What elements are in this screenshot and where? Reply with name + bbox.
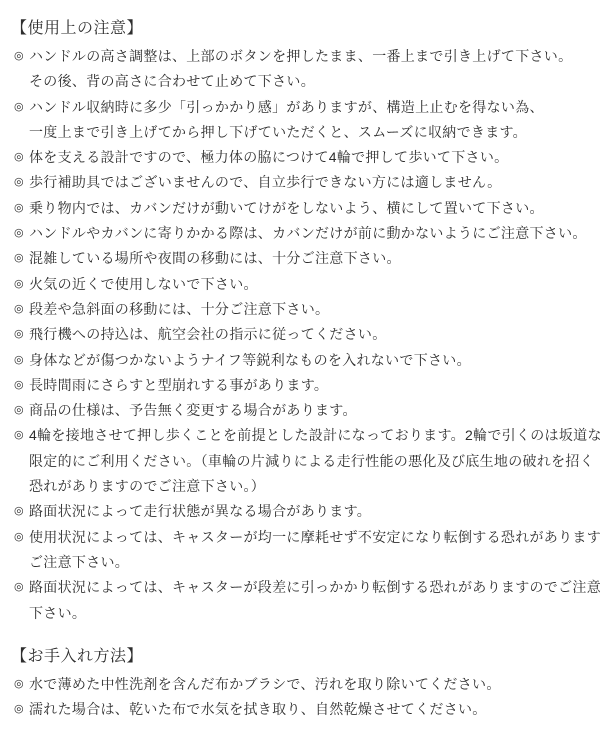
notice-item-line: ◎商品の仕様は、予告無く変更する場合があります。 bbox=[11, 398, 594, 423]
bullet-icon: ◎ bbox=[14, 246, 24, 271]
bullet-icon: ◎ bbox=[14, 423, 24, 448]
bullet-icon: ◎ bbox=[14, 196, 24, 221]
notice-text: 一度上まで引き上げてから押し下げていただくと、スムーズに収納できます。 bbox=[29, 124, 527, 140]
notice-continuation-line: 一度上まで引き上げてから押し下げていただくと、スムーズに収納できます。 bbox=[11, 120, 594, 145]
notice-text: 身体などが傷つかないようナイフ等鋭利なものを入れないで下さい。 bbox=[29, 352, 471, 368]
notice-item-line: ◎乗り物内では、カバンだけが動いてけがをしないよう、横にして置いて下さい。 bbox=[11, 196, 594, 221]
notice-continuation-line: ご注意下さい。 bbox=[11, 550, 594, 575]
notice-item-line: ◎火気の近くで使用しないで下さい。 bbox=[11, 272, 594, 297]
notice-item-line: ◎身体などが傷つかないようナイフ等鋭利なものを入れないで下さい。 bbox=[11, 348, 594, 373]
section: 【使用上の注意】◎ハンドルの高さ調整は、上部のボタンを押したまま、一番上まで引き… bbox=[11, 14, 594, 626]
notice-continuation-line: その後、背の高さに合わせて止めて下さい。 bbox=[11, 69, 594, 94]
bullet-icon: ◎ bbox=[14, 697, 24, 722]
bullet-icon: ◎ bbox=[14, 373, 24, 398]
bullet-icon: ◎ bbox=[14, 499, 24, 524]
notice-text: ハンドルの高さ調整は、上部のボタンを押したまま、一番上まで引き上げて下さい。 bbox=[29, 48, 572, 64]
notice-text: 濡れた場合は、乾いた布で水気を拭き取り、自然乾燥させてください。 bbox=[29, 701, 487, 717]
bullet-icon: ◎ bbox=[14, 44, 24, 69]
notice-text: 体を支える設計ですので、極力体の脇につけて4輪で押して歩いて下さい。 bbox=[29, 149, 508, 165]
document: 【使用上の注意】◎ハンドルの高さ調整は、上部のボタンを押したまま、一番上まで引き… bbox=[0, 0, 600, 722]
bullet-icon: ◎ bbox=[14, 525, 24, 550]
notice-text: 商品の仕様は、予告無く変更する場合があります。 bbox=[29, 402, 357, 418]
section-title: 【使用上の注意】 bbox=[11, 14, 594, 44]
notice-item-line: ◎混雑している場所や夜間の移動には、十分ご注意下さい。 bbox=[11, 246, 594, 271]
notice-text: 路面状況によっては、キャスターが段差に引っかかり転倒する恐れがありますのでご注意 bbox=[29, 579, 600, 595]
notice-text: 水で薄めた中性洗剤を含んだ布かブラシで、汚れを取り除いてください。 bbox=[29, 676, 501, 692]
notice-item-line: ◎長時間雨にさらすと型崩れする事があります。 bbox=[11, 373, 594, 398]
notice-item-line: ◎ハンドル収納時に多少「引っかかり感」がありますが、構造上止むを得ない為、 bbox=[11, 95, 594, 120]
notice-continuation-line: 下さい。 bbox=[11, 601, 594, 626]
bullet-icon: ◎ bbox=[14, 145, 24, 170]
bullet-icon: ◎ bbox=[14, 297, 24, 322]
bullet-icon: ◎ bbox=[14, 575, 24, 600]
notice-item-line: ◎体を支える設計ですので、極力体の脇につけて4輪で押して歩いて下さい。 bbox=[11, 145, 594, 170]
notice-text: ハンドルやカバンに寄りかかる際は、カバンだけが前に動かないようにご注意下さい。 bbox=[29, 225, 587, 241]
notice-item-line: ◎使用状況によっては、キャスターが均一に摩耗せず不安定になり転倒する恐れがありま… bbox=[11, 525, 594, 550]
notice-item-line: ◎歩行補助具ではございませんので、自立歩行できない方には適しません。 bbox=[11, 170, 594, 195]
notice-text: 限定的にご利用ください。（車輪の片減りによる走行性能の悪化及び底生地の破れを招く bbox=[29, 453, 594, 469]
bullet-icon: ◎ bbox=[14, 348, 24, 373]
bullet-icon: ◎ bbox=[14, 322, 24, 347]
bullet-icon: ◎ bbox=[14, 170, 24, 195]
notice-text: 下さい。 bbox=[29, 605, 86, 621]
section-title: 【お手入れ方法】 bbox=[11, 642, 594, 672]
notice-item-line: ◎段差や急斜面の移動には、十分ご注意下さい。 bbox=[11, 297, 594, 322]
notice-item-line: ◎水で薄めた中性洗剤を含んだ布かブラシで、汚れを取り除いてください。 bbox=[11, 672, 594, 697]
notice-item-line: ◎路面状況によって走行状態が異なる場合があります。 bbox=[11, 499, 594, 524]
notice-text: 路面状況によって走行状態が異なる場合があります。 bbox=[29, 503, 371, 519]
bullet-icon: ◎ bbox=[14, 221, 24, 246]
notice-item-line: ◎ハンドルやカバンに寄りかかる際は、カバンだけが前に動かないようにご注意下さい。 bbox=[11, 221, 594, 246]
notice-item-line: ◎濡れた場合は、乾いた布で水気を拭き取り、自然乾燥させてください。 bbox=[11, 697, 594, 722]
notice-text: 混雑している場所や夜間の移動には、十分ご注意下さい。 bbox=[29, 250, 401, 266]
bullet-icon: ◎ bbox=[14, 398, 24, 423]
notice-text: ハンドル収納時に多少「引っかかり感」がありますが、構造上止むを得ない為、 bbox=[29, 99, 544, 115]
bullet-icon: ◎ bbox=[14, 672, 24, 697]
notice-continuation-line: 恐れがありますのでご注意下さい。） bbox=[11, 474, 594, 499]
notice-text: 飛行機への持込は、航空会社の指示に従ってください。 bbox=[29, 326, 387, 342]
bullet-icon: ◎ bbox=[14, 95, 24, 120]
notice-item-line: ◎4輪を接地させて押し歩くことを前提とした設計になっております。2輪で引くのは坂… bbox=[11, 423, 594, 448]
section: 【お手入れ方法】◎水で薄めた中性洗剤を含んだ布かブラシで、汚れを取り除いてくださ… bbox=[11, 642, 594, 723]
notice-continuation-line: 限定的にご利用ください。（車輪の片減りによる走行性能の悪化及び底生地の破れを招く bbox=[11, 449, 594, 474]
notice-text: 長時間雨にさらすと型崩れする事があります。 bbox=[29, 377, 328, 393]
notice-item-line: ◎ハンドルの高さ調整は、上部のボタンを押したまま、一番上まで引き上げて下さい。 bbox=[11, 44, 594, 69]
notice-text: 恐れがありますのでご注意下さい。） bbox=[29, 478, 265, 494]
notice-text: 段差や急斜面の移動には、十分ご注意下さい。 bbox=[29, 301, 329, 317]
notice-text: 4輪を接地させて押し歩くことを前提とした設計になっております。2輪で引くのは坂道… bbox=[29, 427, 600, 443]
notice-text: ご注意下さい。 bbox=[29, 554, 129, 570]
notice-item-line: ◎飛行機への持込は、航空会社の指示に従ってください。 bbox=[11, 322, 594, 347]
bullet-icon: ◎ bbox=[14, 272, 24, 297]
notice-text: 歩行補助具ではございませんので、自立歩行できない方には適しません。 bbox=[29, 174, 501, 190]
notice-text: 使用状況によっては、キャスターが均一に摩耗せず不安定になり転倒する恐れがあります… bbox=[29, 529, 600, 545]
notice-text: その後、背の高さに合わせて止めて下さい。 bbox=[29, 73, 315, 89]
notice-item-line: ◎路面状況によっては、キャスターが段差に引っかかり転倒する恐れがありますのでご注… bbox=[11, 575, 594, 600]
notice-text: 火気の近くで使用しないで下さい。 bbox=[29, 276, 258, 292]
notice-text: 乗り物内では、カバンだけが動いてけがをしないよう、横にして置いて下さい。 bbox=[29, 200, 544, 216]
